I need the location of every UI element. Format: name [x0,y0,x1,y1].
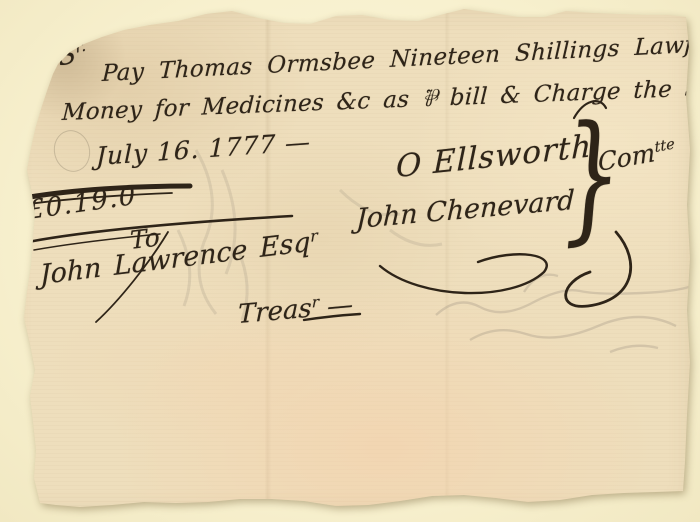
salutation-text: S [56,38,79,73]
salutation-superscript: r. [74,36,87,57]
amount-text: £0.19.0 [27,181,138,226]
payee-name-text: John Lawrence Esq [40,227,311,291]
treasurer-abbreviation: Treasr — [238,292,354,328]
paper-sheet: Sr. Pay Thomas Ormsbee Nineteen Shilling… [0,0,700,522]
signature-chenevard-text: John Chenevard [355,185,575,235]
addressee-name: John Lawrence Esqr [40,228,318,289]
signature-flourish-loop [380,254,547,293]
signature-chenevard: John Chenevard [356,187,575,233]
lawful-superscript: l [693,32,698,47]
paper-wrapper: Sr. Pay Thomas Ormsbee Nineteen Shilling… [0,0,700,522]
document-scan: Sr. Pay Thomas Ormsbee Nineteen Shilling… [0,0,700,522]
amount-total: £0.19.0 [27,183,138,224]
committee-superscript: tte [654,136,675,156]
date-line: July 16. 1777 — [96,129,311,169]
committee-brace-glyph: } [557,94,625,259]
esquire-superscript: r [310,226,318,246]
salutation: Sr. [56,38,89,71]
treasurer-superscript: r [312,293,320,312]
treasurer-dash: — [327,290,353,322]
committee-brace: } [558,106,625,250]
faint-stamp-mark [49,126,94,175]
date-text: July 16. 1777 — [96,127,311,171]
treasurer-text: Treas [238,293,312,330]
